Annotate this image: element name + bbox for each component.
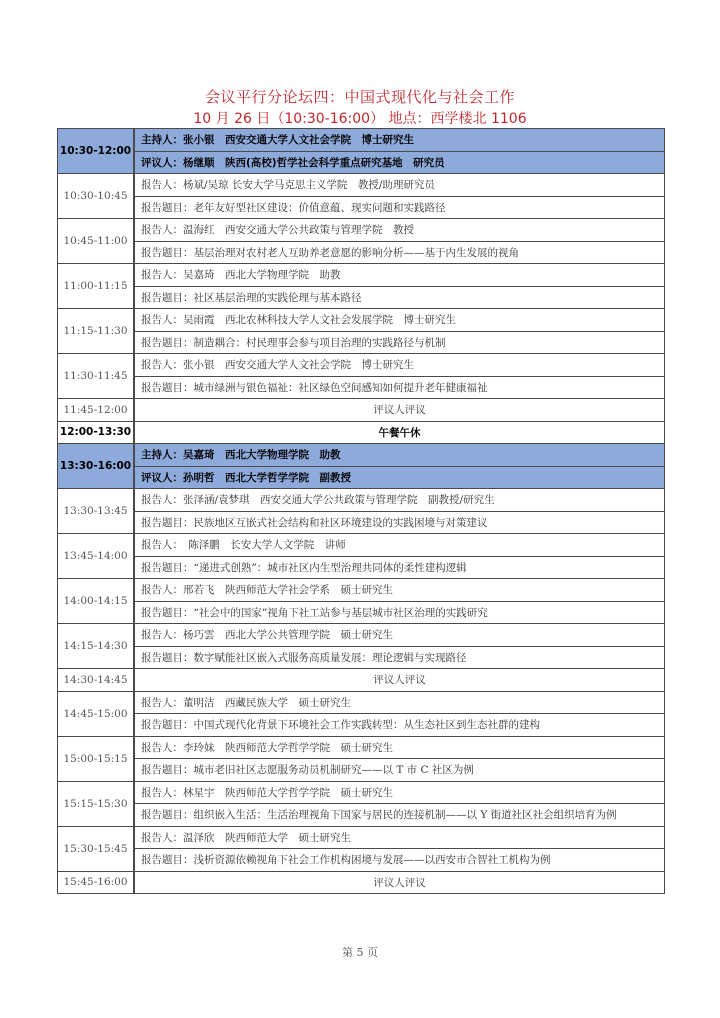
- talk-topic-row: 报告题目：中国式现代化背景下环境社会工作实践转型：从生态社区到生态社群的建构: [58, 714, 665, 737]
- review-label: 评议人评议: [134, 669, 665, 692]
- lunch-row: 12:00-13:30 午餐午休: [58, 421, 665, 444]
- talk-topic: 报告题目：社区基层治理的实践伦理与基本路径: [134, 286, 665, 309]
- session-header-reviewer-row: 评议人：杨继顺 陕西(高校)哲学社会科学重点研究基地 研究员: [58, 151, 665, 174]
- talk-row: 14:00-14:15 报告人：邢若飞 陕西师范大学社会学系 硕士研究生: [58, 579, 665, 602]
- review-time: 14:30-14:45: [58, 669, 135, 692]
- review-row: 11:45-12:00 评议人评议: [58, 399, 665, 422]
- talk-speaker: 报告人：邢若飞 陕西师范大学社会学系 硕士研究生: [134, 579, 665, 602]
- talk-row: 15:15-15:30 报告人：林星宇 陕西师范大学哲学学院 硕士研究生: [58, 781, 665, 804]
- review-label: 评议人评议: [134, 399, 665, 422]
- talk-time: 13:45-14:00: [58, 534, 135, 579]
- talk-topic: 报告题目：基层治理对农村老人互助养老意愿的影响分析——基于内生发展的视角: [134, 241, 665, 264]
- talk-time: 14:15-14:30: [58, 624, 135, 669]
- talk-topic: 报告题目：浅析资源依赖视角下社会工作机构困境与发展——以西安市合智社工机构为例: [134, 849, 665, 872]
- lunch-label: 午餐午休: [134, 421, 665, 444]
- talk-speaker: 报告人： 陈泽鹏 长安大学人文学院 讲师: [134, 534, 665, 557]
- talk-topic-row: 报告题目：“社会中的国家”视角下社工站参与基层城市社区治理的实践研究: [58, 601, 665, 624]
- talk-topic: 报告题目：民族地区互嵌式社会结构和社区环境建设的实践困境与对策建议: [134, 511, 665, 534]
- talk-time: 15:15-15:30: [58, 781, 135, 826]
- talk-row: 10:30-10:45 报告人：杨斌/吴琼 长安大学马克思主义学院 教授/助理研…: [58, 174, 665, 197]
- talk-topic: 报告题目：老年友好型社区建设：价值意蕴、现实问题和实践路径: [134, 196, 665, 219]
- talk-topic-row: 报告题目：“递进式创熟”：城市社区内生型治理共同体的柔性建构逻辑: [58, 556, 665, 579]
- talk-time: 13:30-13:45: [58, 489, 135, 534]
- talk-topic: 报告题目：“社会中的国家”视角下社工站参与基层城市社区治理的实践研究: [134, 601, 665, 624]
- forum-date-location: 10 月 26 日（10:30-16:00） 地点：西学楼北 1106: [0, 108, 720, 128]
- talk-row: 11:00-11:15 报告人：吴嘉琦 西北大学物理学院 助教: [58, 264, 665, 287]
- session-reviewer: 评议人：杨继顺 陕西(高校)哲学社会科学重点研究基地 研究员: [134, 151, 665, 174]
- talk-speaker: 报告人：林星宇 陕西师范大学哲学学院 硕士研究生: [134, 781, 665, 804]
- talk-row: 11:15-11:30 报告人：吴雨霞 西北农林科技大学人文社会发展学院 博士研…: [58, 309, 665, 332]
- talk-speaker: 报告人：杨巧雲 西北大学公共管理学院 硕士研究生: [134, 624, 665, 647]
- talk-row: 10:45-11:00 报告人：温海红 西安交通大学公共政策与管理学院 教授: [58, 219, 665, 242]
- talk-time: 10:45-11:00: [58, 219, 135, 264]
- talk-topic-row: 报告题目：民族地区互嵌式社会结构和社区环境建设的实践困境与对策建议: [58, 511, 665, 534]
- review-row: 14:30-14:45 评议人评议: [58, 669, 665, 692]
- talk-time: 11:30-11:45: [58, 354, 135, 399]
- talk-row: 13:30-13:45 报告人：张泽涵/袁梦琪 西安交通大学公共政策与管理学院 …: [58, 489, 665, 512]
- talk-row: 11:30-11:45 报告人：张小银 西安交通大学人文社会学院 博士研究生: [58, 354, 665, 377]
- talk-speaker: 报告人：杨斌/吴琼 长安大学马克思主义学院 教授/助理研究员: [134, 174, 665, 197]
- lunch-time: 12:00-13:30: [58, 421, 135, 444]
- forum-title: 会议平行分论坛四：中国式现代化与社会工作: [0, 86, 720, 107]
- talk-row: 13:45-14:00 报告人： 陈泽鹏 长安大学人文学院 讲师: [58, 534, 665, 557]
- talk-topic: 报告题目：中国式现代化背景下环境社会工作实践转型：从生态社区到生态社群的建构: [134, 714, 665, 737]
- talk-topic-row: 报告题目：数字赋能社区嵌入式服务高质量发展：理论逻辑与实现路径: [58, 646, 665, 669]
- talk-speaker: 报告人：李玲妹 陕西师范大学哲学学院 硕士研究生: [134, 736, 665, 759]
- talk-row: 14:45-15:00 报告人：董明洁 西藏民族大学 硕士研究生: [58, 691, 665, 714]
- talk-time: 14:00-14:15: [58, 579, 135, 624]
- talk-speaker: 报告人：温海红 西安交通大学公共政策与管理学院 教授: [134, 219, 665, 242]
- schedule-table: 10:30-12:00 主持人：张小银 西安交通大学人文社会学院 博士研究生 评…: [57, 128, 665, 894]
- session-header-host-row: 10:30-12:00 主持人：张小银 西安交通大学人文社会学院 博士研究生: [58, 129, 665, 152]
- talk-topic: 报告题目：数字赋能社区嵌入式服务高质量发展：理论逻辑与实现路径: [134, 646, 665, 669]
- talk-topic-row: 报告题目：社区基层治理的实践伦理与基本路径: [58, 286, 665, 309]
- talk-topic: 报告题目：制造耦合：村民理事会参与项目治理的实践路径与机制: [134, 331, 665, 354]
- talk-topic: 报告题目：组织嵌入生活：生活治理视角下国家与居民的连接机制——以 Y 街道社区社…: [134, 804, 665, 827]
- talk-speaker: 报告人：吴嘉琦 西北大学物理学院 助教: [134, 264, 665, 287]
- talk-row: 15:30-15:45 报告人：温泽欣 陕西师范大学 硕士研究生: [58, 826, 665, 849]
- session-header-reviewer-row: 评议人：孙明哲 西北大学哲学学院 副教授: [58, 466, 665, 489]
- session-host: 主持人：吴嘉琦 西北大学物理学院 助教: [134, 444, 665, 467]
- review-label: 评议人评议: [134, 871, 665, 894]
- talk-time: 14:45-15:00: [58, 691, 135, 736]
- session-host: 主持人：张小银 西安交通大学人文社会学院 博士研究生: [134, 129, 665, 152]
- talk-topic-row: 报告题目：城市老旧社区志愿服务动员机制研究——以 T 市 C 社区为例: [58, 759, 665, 782]
- talk-speaker: 报告人：张泽涵/袁梦琪 西安交通大学公共政策与管理学院 副教授/研究生: [134, 489, 665, 512]
- talk-row: 14:15-14:30 报告人：杨巧雲 西北大学公共管理学院 硕士研究生: [58, 624, 665, 647]
- talk-time: 11:15-11:30: [58, 309, 135, 354]
- talk-speaker: 报告人：吴雨霞 西北农林科技大学人文社会发展学院 博士研究生: [134, 309, 665, 332]
- review-time: 11:45-12:00: [58, 399, 135, 422]
- talk-topic: 报告题目：城市绿洲与银色福祉：社区绿色空间感知如何提升老年健康福祉: [134, 376, 665, 399]
- talk-speaker: 报告人：董明洁 西藏民族大学 硕士研究生: [134, 691, 665, 714]
- session-time: 13:30-16:00: [58, 444, 135, 489]
- talk-topic: 报告题目：“递进式创熟”：城市社区内生型治理共同体的柔性建构逻辑: [134, 556, 665, 579]
- talk-topic: 报告题目：城市老旧社区志愿服务动员机制研究——以 T 市 C 社区为例: [134, 759, 665, 782]
- talk-time: 15:00-15:15: [58, 736, 135, 781]
- session-reviewer: 评议人：孙明哲 西北大学哲学学院 副教授: [134, 466, 665, 489]
- talk-speaker: 报告人：温泽欣 陕西师范大学 硕士研究生: [134, 826, 665, 849]
- talk-topic-row: 报告题目：老年友好型社区建设：价值意蕴、现实问题和实践路径: [58, 196, 665, 219]
- page-number: 第 5 页: [0, 944, 720, 960]
- talk-topic-row: 报告题目：浅析资源依赖视角下社会工作机构困境与发展——以西安市合智社工机构为例: [58, 849, 665, 872]
- review-row: 15:45-16:00 评议人评议: [58, 871, 665, 894]
- talk-speaker: 报告人：张小银 西安交通大学人文社会学院 博士研究生: [134, 354, 665, 377]
- talk-topic-row: 报告题目：制造耦合：村民理事会参与项目治理的实践路径与机制: [58, 331, 665, 354]
- talk-topic-row: 报告题目：城市绿洲与银色福祉：社区绿色空间感知如何提升老年健康福祉: [58, 376, 665, 399]
- talk-time: 11:00-11:15: [58, 264, 135, 309]
- talk-row: 15:00-15:15 报告人：李玲妹 陕西师范大学哲学学院 硕士研究生: [58, 736, 665, 759]
- session-header-host-row: 13:30-16:00 主持人：吴嘉琦 西北大学物理学院 助教: [58, 444, 665, 467]
- session-time: 10:30-12:00: [58, 129, 135, 174]
- review-time: 15:45-16:00: [58, 871, 135, 894]
- talk-topic-row: 报告题目：基层治理对农村老人互助养老意愿的影响分析——基于内生发展的视角: [58, 241, 665, 264]
- talk-topic-row: 报告题目：组织嵌入生活：生活治理视角下国家与居民的连接机制——以 Y 街道社区社…: [58, 804, 665, 827]
- talk-time: 10:30-10:45: [58, 174, 135, 219]
- talk-time: 15:30-15:45: [58, 826, 135, 871]
